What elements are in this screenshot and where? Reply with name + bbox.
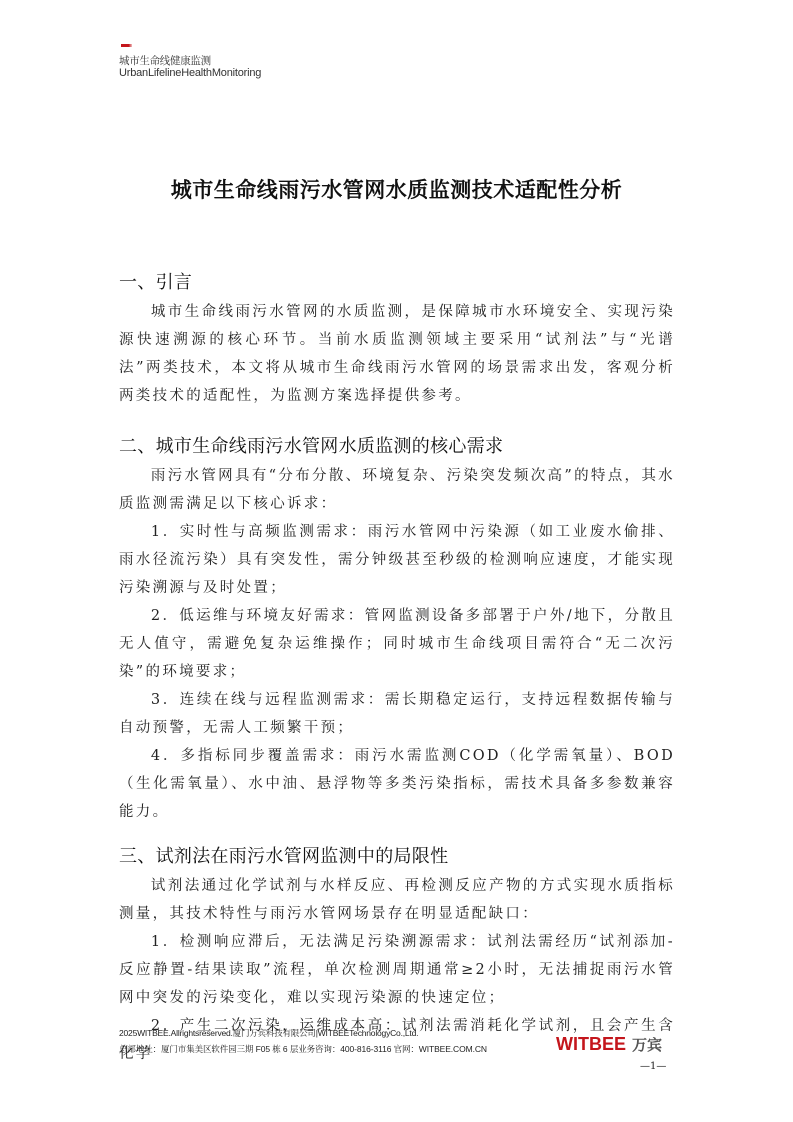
- section-heading: 三、试剂法在雨污水管网监测中的局限性: [119, 842, 675, 872]
- list-item: 3．连续在线与远程监测需求：需长期稳定运行，支持远程数据传输与自动预警，无需人工…: [119, 686, 675, 742]
- page-number: —1—: [640, 1061, 666, 1072]
- list-item: 4．多指标同步覆盖需求：雨污水需监测COD（化学需氧量）、BOD（生化需氧量）、…: [119, 742, 675, 826]
- list-item: 1．实时性与高频监测需求：雨污水管网中污染源（如工业废水偷排、雨水径流污染）具有…: [119, 518, 675, 602]
- section-heading: 二、城市生命线雨污水管网水质监测的核心需求: [119, 432, 675, 462]
- section-heading: 一、引言: [119, 268, 675, 298]
- document-body: 一、引言 城市生命线雨污水管网的水质监测，是保障城市水环境安全、实现污染源快速溯…: [119, 268, 675, 1090]
- list-item: 2．低运维与环境友好需求：管网监测设备多部署于户外/地下，分散且无人值守，需避免…: [119, 602, 675, 686]
- header-accent-bar: [121, 44, 132, 47]
- logo-text-en: WITBEE: [556, 1034, 626, 1055]
- header-title-cn: 城市生命线健康监测: [119, 53, 211, 68]
- footer-copyright: 2025WITBEE.Allrightsreserved.厦门万宾科技有限公司|…: [119, 1027, 418, 1039]
- section-core-requirements: 二、城市生命线雨污水管网水质监测的核心需求 雨污水管网具有“分布分散、环境复杂、…: [119, 432, 675, 826]
- header-title-en: UrbanLifelineHealthMonitoring: [119, 67, 261, 79]
- paragraph: 城市生命线雨污水管网的水质监测，是保障城市水环境安全、实现污染源快速溯源的核心环…: [119, 298, 675, 410]
- section-introduction: 一、引言 城市生命线雨污水管网的水质监测，是保障城市水环境安全、实现污染源快速溯…: [119, 268, 675, 410]
- paragraph: 试剂法通过化学试剂与水样反应、再检测反应产物的方式实现水质指标测量，其技术特性与…: [119, 872, 675, 928]
- company-logo: WITBEE 万宾: [556, 1034, 662, 1055]
- document-title: 城市生命线雨污水管网水质监测技术适配性分析: [0, 174, 793, 204]
- paragraph: 雨污水管网具有“分布分散、环境复杂、污染突发频次高”的特点，其水质监测需满足以下…: [119, 462, 675, 518]
- logo-text-cn: 万宾: [632, 1034, 662, 1055]
- list-item: 1．检测响应滞后，无法满足污染溯源需求：试剂法需经历“试剂添加-反应静置-结果读…: [119, 928, 675, 1012]
- footer-address: 总部地址：厦门市集美区软件园三期 F05 栋 6 层业务咨询：400-816-3…: [119, 1043, 487, 1055]
